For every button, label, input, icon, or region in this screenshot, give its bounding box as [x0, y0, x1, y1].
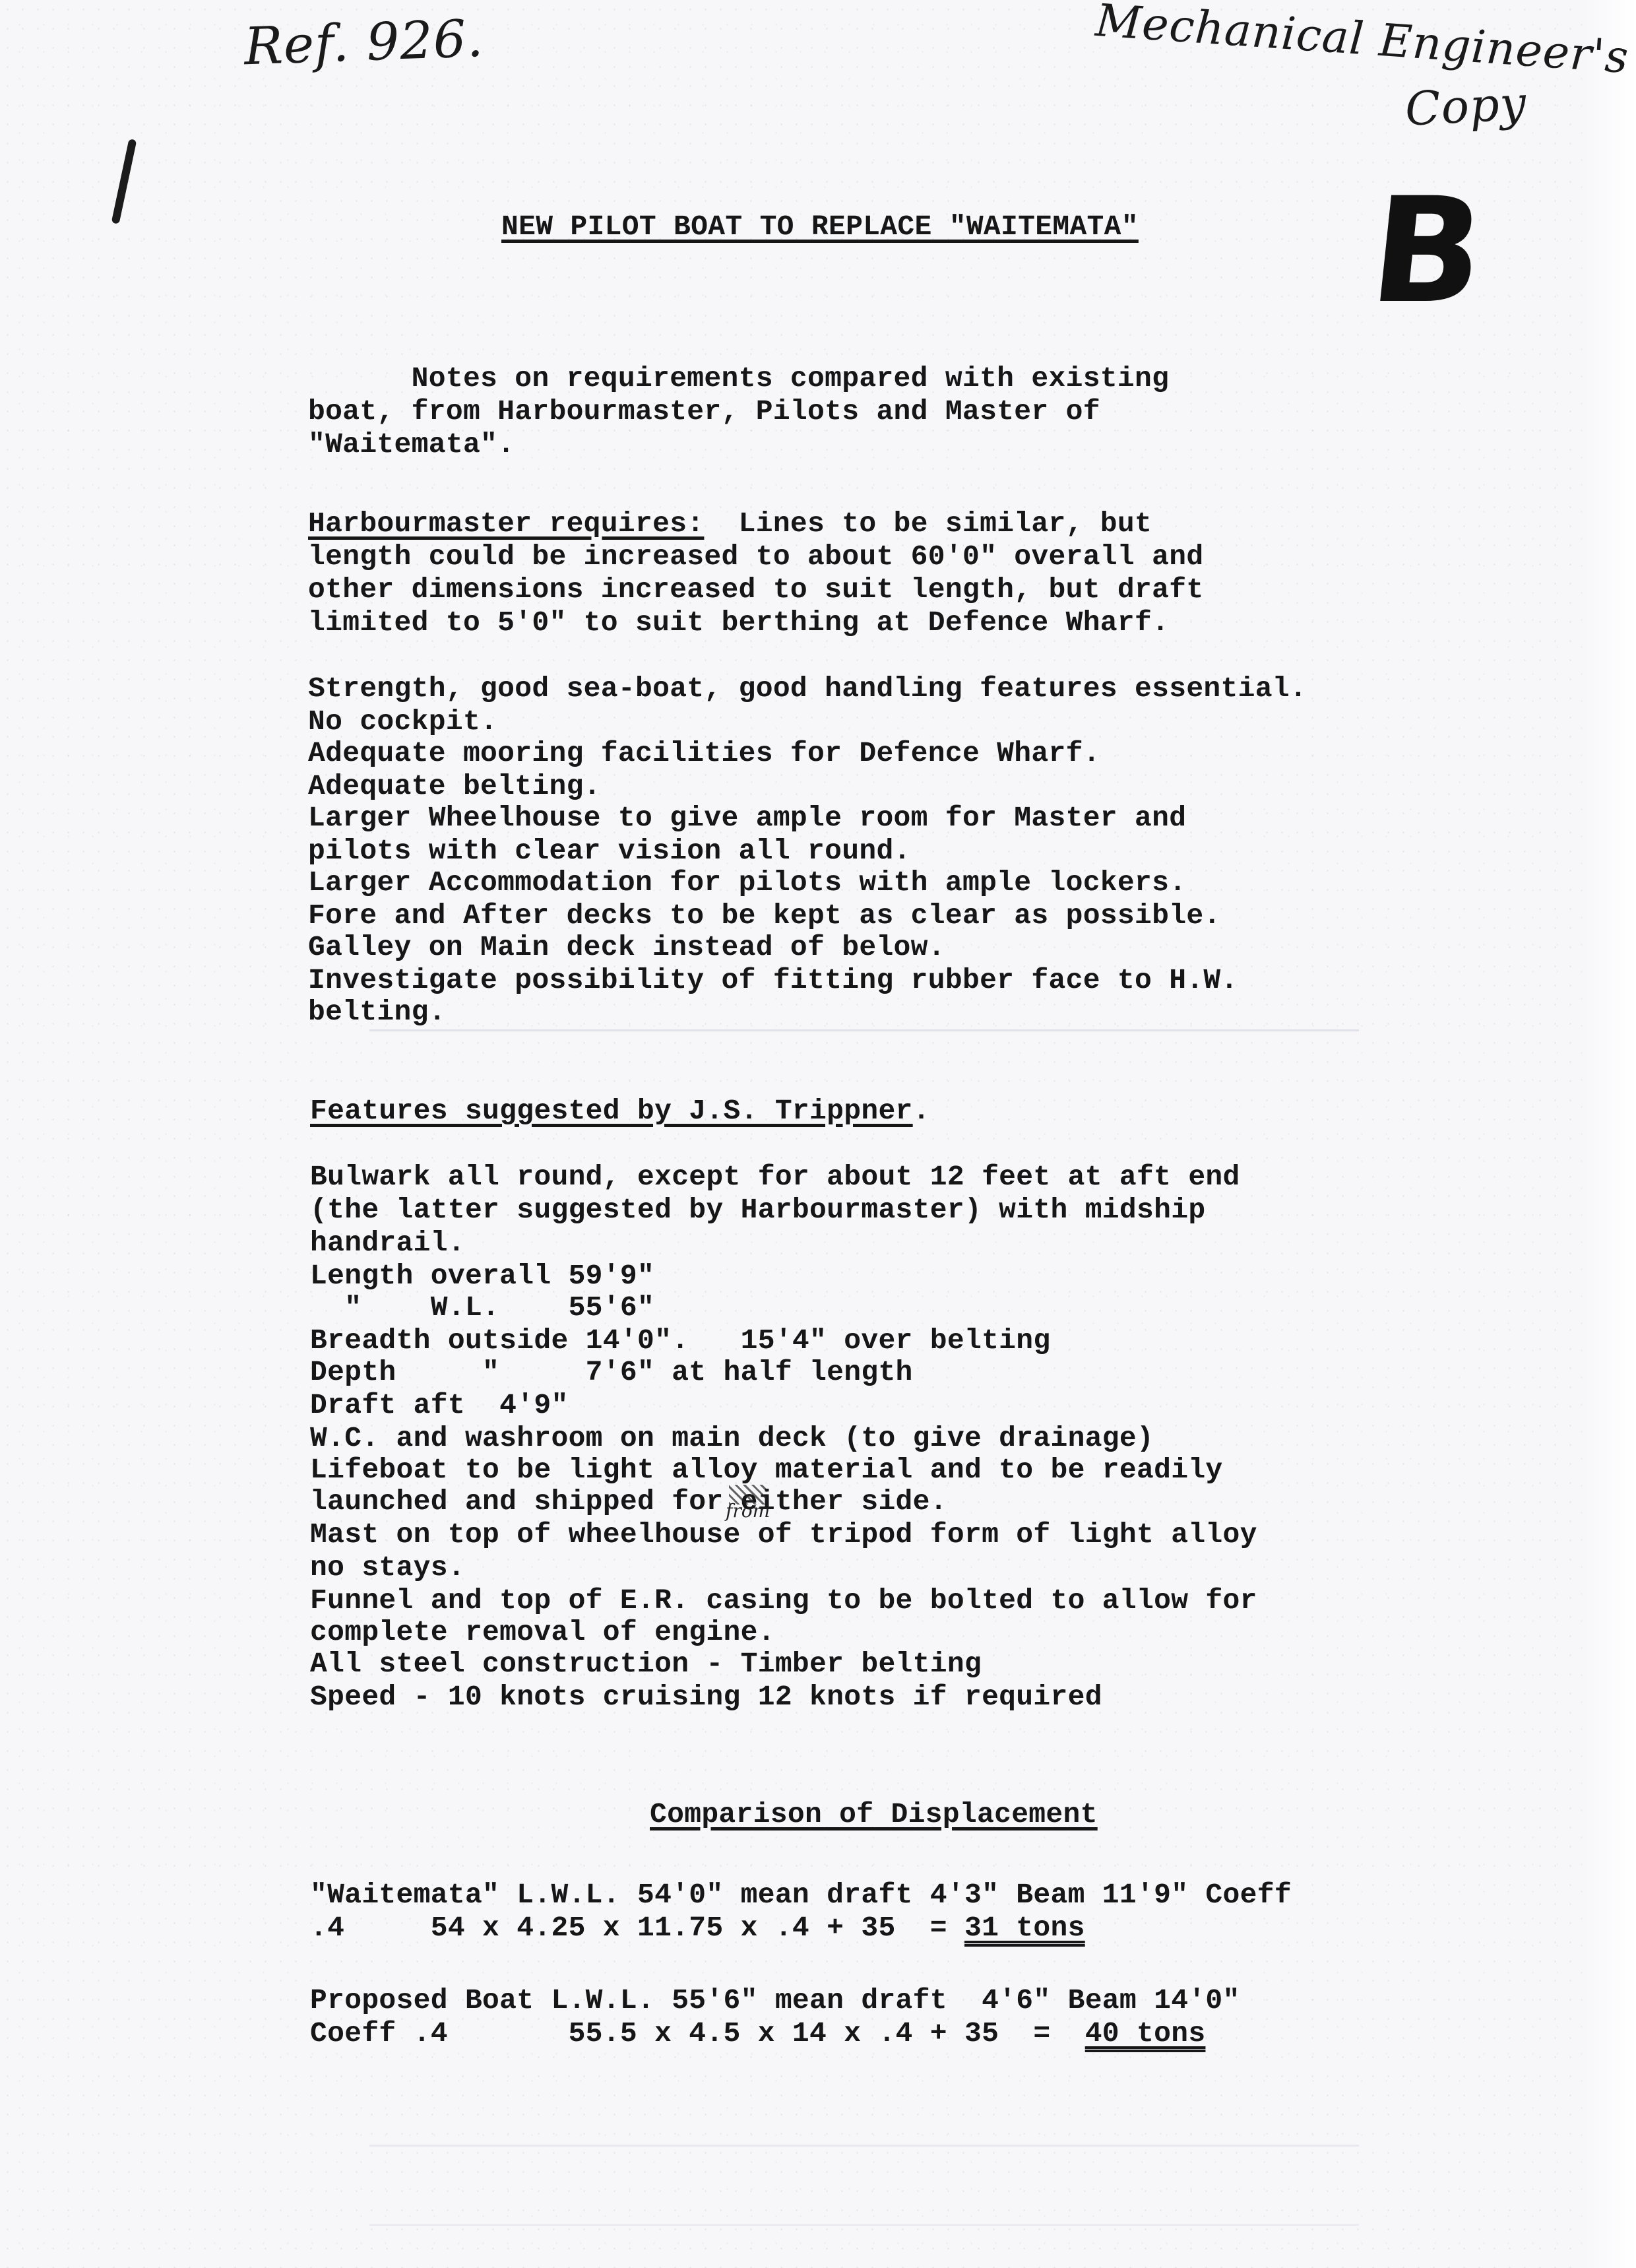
handwritten-copy-note-2: Copy: [1404, 76, 1528, 137]
proposed-formula: Coeff .4 55.5 x 4.5 x 14 x .4 + 35 =: [310, 2017, 1085, 2050]
requirement-line: Adequate mooring facilities for Defence …: [308, 739, 1100, 767]
scan-artifact: [369, 1029, 1359, 1031]
requirement-line: belting.: [308, 998, 446, 1026]
proposed-line: Proposed Boat L.W.L. 55'6" mean draft 4'…: [310, 1986, 1240, 2015]
requirement-line: Larger Accommodation for pilots with amp…: [308, 868, 1186, 897]
feature-line: Funnel and top of E.R. casing to be bolt…: [310, 1586, 1257, 1615]
requirement-line: No cockpit.: [308, 707, 497, 736]
feature-line: Speed - 10 knots cruising 12 knots if re…: [310, 1683, 1102, 1711]
handwritten-reference: Ref. 926.: [243, 9, 485, 77]
harbourmaster-line: other dimensions increased to suit lengt…: [308, 575, 1203, 604]
feature-line: W.C. and washroom on main deck (to give …: [310, 1424, 1154, 1452]
feature-line: Breadth outside 14'0". 15'4" over beltin…: [310, 1326, 1050, 1355]
waitemata-line: "Waitemata" L.W.L. 54'0" mean draft 4'3"…: [310, 1881, 1292, 1909]
requirement-line: Adequate belting.: [308, 772, 601, 800]
features-heading-line: Features suggested by J.S. Trippner.: [310, 1097, 930, 1125]
feature-line: All steel construction - Timber belting: [310, 1650, 982, 1678]
comparison-heading: Comparison of Displacement: [650, 1800, 1098, 1829]
requirement-line: Larger Wheelhouse to give ample room for…: [308, 804, 1186, 832]
waitemata-formula-line: .4 54 x 4.25 x 11.75 x .4 + 35 = 31 tons: [310, 1914, 1085, 1942]
intro-line: boat, from Harbourmaster, Pilots and Mas…: [308, 397, 1100, 426]
document-title: NEW PILOT BOAT TO REPLACE "WAITEMATA": [501, 212, 1139, 241]
feature-line: Depth " 7'6" at half length: [310, 1358, 913, 1386]
requirement-line: Fore and After decks to be kept as clear…: [308, 901, 1221, 930]
requirement-line: Strength, good sea-boat, good handling f…: [308, 674, 1307, 703]
scan-edge: [1583, 0, 1636, 2268]
intro-line: Notes on requirements compared with exis…: [308, 364, 1169, 393]
feature-line: handrail.: [310, 1229, 465, 1257]
scan-artifact: [369, 2224, 1359, 2226]
requirement-line: Galley on Main deck instead of below.: [308, 933, 945, 961]
feature-line: no stays.: [310, 1553, 465, 1582]
feature-line: complete removal of engine.: [310, 1618, 775, 1646]
waitemata-displacement-result: 31 tons: [964, 1912, 1085, 1944]
feature-line: Length overall 59'9": [310, 1262, 654, 1290]
scan-artifact: [369, 2145, 1359, 2147]
feature-line: (the latter suggested by Harbourmaster) …: [310, 1196, 1205, 1224]
feature-line: launched and shipped for either side.: [310, 1487, 947, 1516]
harbourmaster-line: limited to 5'0" to suit berthing at Defe…: [308, 608, 1169, 637]
requirement-line: Investigate possibility of fitting rubbe…: [308, 966, 1238, 994]
waitemata-formula: .4 54 x 4.25 x 11.75 x .4 + 35 =: [310, 1912, 964, 1944]
feature-line: Mast on top of wheelhouse of tripod form…: [310, 1520, 1257, 1549]
document-letter-marker: B: [1364, 178, 1490, 323]
feature-line: Lifeboat to be light alloy material and …: [310, 1456, 1223, 1484]
intro-line: "Waitemata".: [308, 430, 515, 459]
harbourmaster-first-line-text: Lines to be similar, but: [704, 507, 1152, 540]
harbourmaster-line: length could be increased to about 60'0"…: [308, 542, 1203, 571]
proposed-formula-line: Coeff .4 55.5 x 4.5 x 14 x .4 + 35 = 40 …: [310, 2019, 1205, 2048]
feature-line: Bulwark all round, except for about 12 f…: [310, 1163, 1240, 1191]
harbourmaster-heading: Harbourmaster requires:: [308, 507, 704, 540]
requirement-line: pilots with clear vision all round.: [308, 837, 911, 865]
features-heading-suffix: .: [913, 1095, 930, 1127]
features-heading: Features suggested by J.S. Trippner: [310, 1095, 913, 1127]
feature-line: " W.L. 55'6": [310, 1293, 654, 1322]
feature-line: Draft aft 4'9": [310, 1391, 569, 1419]
proposed-displacement-result: 40 tons: [1085, 2017, 1206, 2050]
harbourmaster-first-line: Harbourmaster requires: Lines to be simi…: [308, 509, 1152, 538]
